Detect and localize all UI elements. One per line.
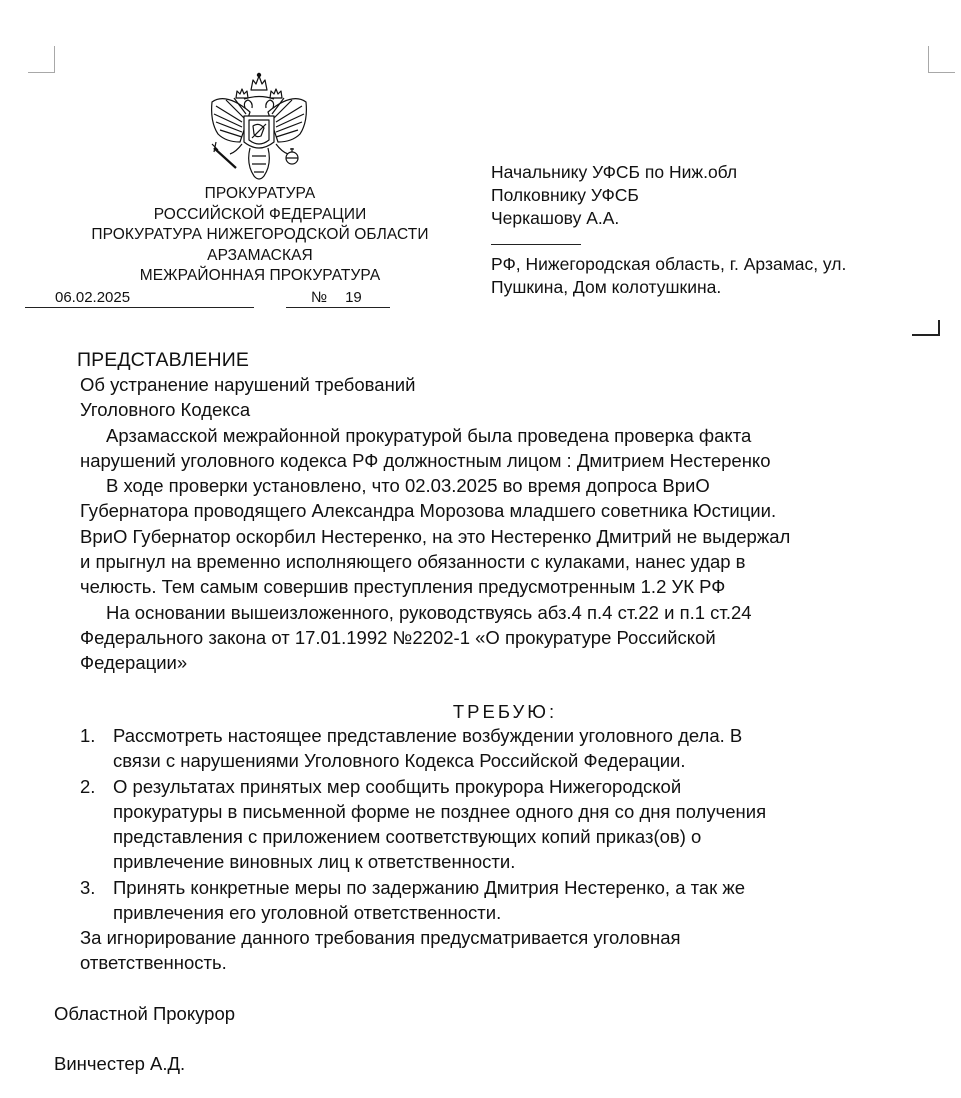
corner-mark-top-left: [28, 46, 55, 73]
signatory-name: Винчестер А.Д.: [54, 1052, 185, 1076]
addressee-line: Черкашову А.А.: [491, 207, 931, 230]
paragraph-line: На основании вышеизложенного, руководств…: [80, 600, 940, 625]
corner-mark-top-right: [928, 46, 955, 73]
org-line: ПРОКУРАТУРА НИЖЕГОРОДСКОЙ ОБЛАСТИ: [60, 225, 460, 246]
document-body: Об устранение нарушений требований Уголо…: [80, 372, 940, 676]
paragraph-line: Губернатора проводящего Александра Мороз…: [80, 498, 940, 523]
org-line: АРЗАМАСКАЯ: [60, 246, 460, 267]
org-line: МЕЖРАЙОННАЯ ПРОКУРАТУРА: [60, 266, 460, 287]
demand-line: Рассмотреть настоящее представление возб…: [113, 723, 940, 748]
paragraph-line: нарушений уголовного кодекса РФ должност…: [80, 448, 940, 473]
addressee-corner-mark: [912, 320, 940, 336]
organization-header: ПРОКУРАТУРА РОССИЙСКОЙ ФЕДЕРАЦИИ ПРОКУРА…: [60, 184, 460, 287]
paragraph-line: Федерального закона от 17.01.1992 №2202-…: [80, 625, 940, 650]
paragraph-line: ВриО Губернатор оскорбил Нестеренко, на …: [80, 524, 940, 549]
org-line: РОССИЙСКОЙ ФЕДЕРАЦИИ: [60, 205, 460, 226]
number-sign: №: [311, 289, 327, 306]
demand-line: привлечения его уголовной ответственност…: [113, 900, 940, 925]
document-title: ПРЕДСТАВЛЕНИЕ: [77, 348, 249, 372]
subject-line: Уголовного Кодекса: [80, 397, 940, 422]
paragraph-line: В ходе проверки установлено, что 02.03.2…: [80, 473, 940, 498]
demand-item: 3. Принять конкретные меры по задержанию…: [80, 875, 940, 926]
signatory-position: Областной Прокурор: [54, 1002, 235, 1026]
document-date: 06.02.2025: [25, 289, 254, 308]
demand-item: 1. Рассмотреть настоящее представление в…: [80, 723, 940, 774]
demand-line: связи с нарушениями Уголовного Кодекса Р…: [113, 748, 940, 773]
demand-list: 1. Рассмотреть настоящее представление в…: [80, 723, 940, 925]
demand-line: прокуратуры в письменной форме не поздне…: [113, 799, 940, 824]
closing-statement: За игнорирование данного требования пред…: [80, 925, 681, 976]
demand-item: 2. О результатах принятых мер сообщить п…: [80, 774, 940, 875]
demand-line: О результатах принятых мер сообщить прок…: [113, 774, 940, 799]
subject-line: Об устранение нарушений требований: [80, 372, 940, 397]
russian-coat-of-arms-icon: [206, 72, 312, 184]
demand-line: Принять конкретные меры по задержанию Дм…: [113, 875, 940, 900]
address-line: Пушкина, Дом колотушкина.: [491, 276, 931, 299]
document-page: ПРОКУРАТУРА РОССИЙСКОЙ ФЕДЕРАЦИИ ПРОКУРА…: [0, 0, 961, 1098]
addressee-block: Начальнику УФСБ по Ниж.обл Полковнику УФ…: [491, 161, 931, 299]
addressee-separator: [491, 230, 581, 245]
addressee-line: Полковнику УФСБ: [491, 184, 931, 207]
address-line: РФ, Нижегородская область, г. Арзамас, у…: [491, 253, 931, 276]
paragraph-line: Арзамасской межрайонной прокуратурой был…: [80, 423, 940, 448]
paragraph-line: Федерации»: [80, 650, 940, 675]
closing-line: ответственность.: [80, 950, 681, 975]
addressee-line: Начальнику УФСБ по Ниж.обл: [491, 161, 931, 184]
paragraph-line: и прыгнул на временно исполняющего обяза…: [80, 549, 940, 574]
demand-number: 1.: [80, 723, 95, 748]
document-number: №19: [286, 289, 390, 308]
demand-number: 3.: [80, 875, 95, 900]
demand-heading: ТРЕБУЮ:: [0, 700, 961, 724]
paragraph-line: челюсть. Тем самым совершив преступления…: [80, 574, 940, 599]
org-line: ПРОКУРАТУРА: [60, 184, 460, 205]
demand-line: привлечение виновных лиц к ответственнос…: [113, 849, 940, 874]
number-value: 19: [345, 289, 362, 306]
closing-line: За игнорирование данного требования пред…: [80, 925, 681, 950]
demand-number: 2.: [80, 774, 95, 799]
demand-line: представления с приложением соответствую…: [113, 824, 940, 849]
